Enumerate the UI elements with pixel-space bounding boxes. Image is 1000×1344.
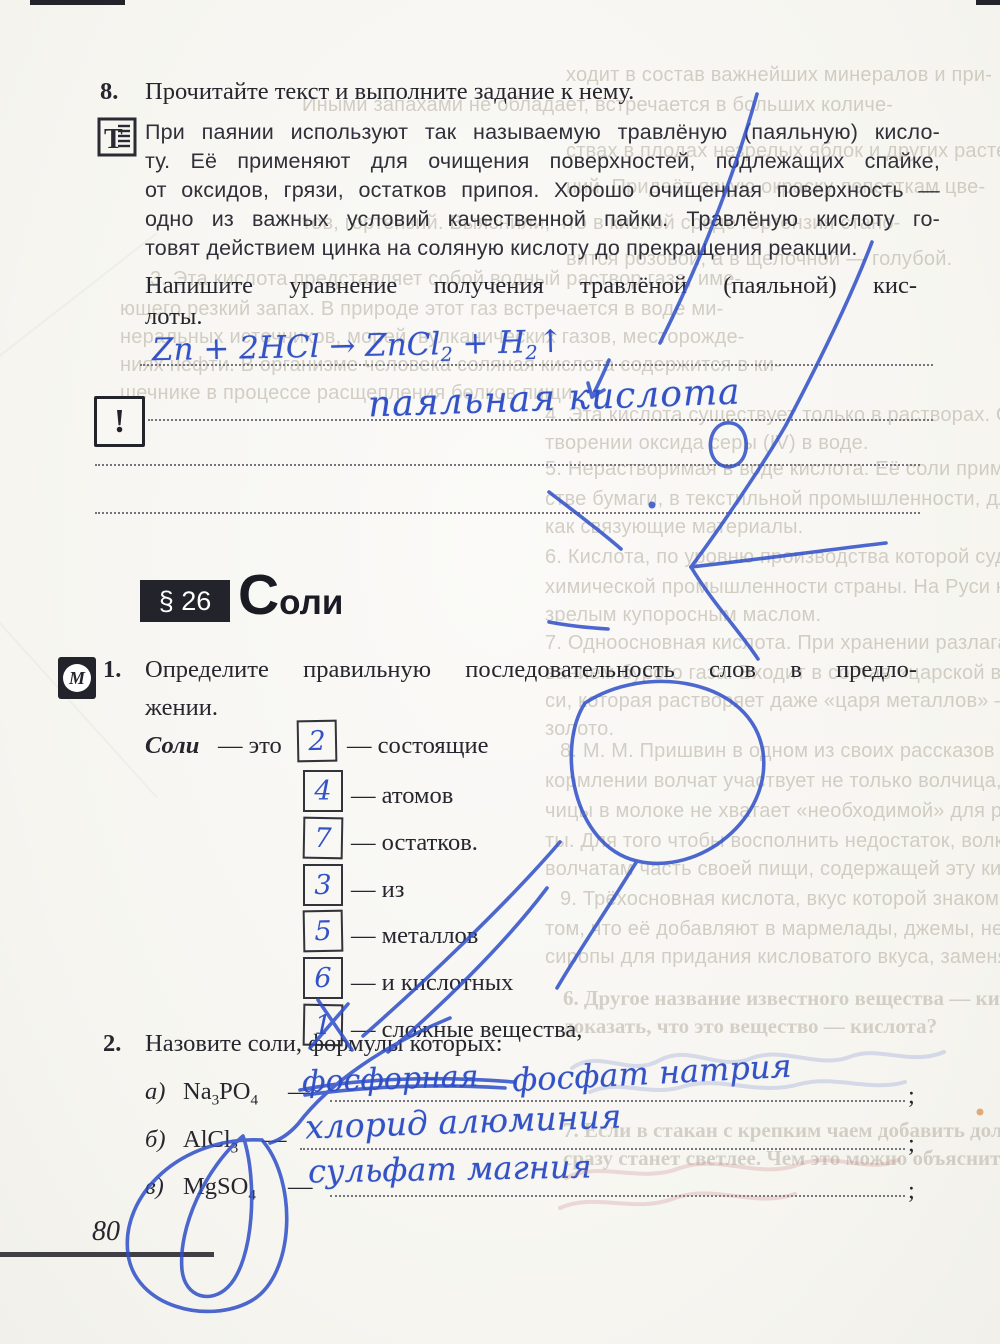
svg-text:Т: Т <box>104 124 123 155</box>
warning-glyph: ! <box>114 403 125 441</box>
chemical-formula: MgSO4 <box>183 1173 256 1204</box>
handwritten-digit: 2 <box>299 722 336 761</box>
page-number: 80 <box>92 1216 120 1248</box>
formula-row-punct: ; <box>908 1082 915 1110</box>
sequence-label: — атомов <box>351 782 453 810</box>
task8-prompt-line: Напишите уравнение получения травлёной (… <box>145 272 917 300</box>
bleedthrough-line: доказать, что это вещество — кислота? <box>563 1014 937 1039</box>
bleedthrough-line: 6. Другое название известного вещества —… <box>563 986 1000 1011</box>
task8-paragraph-line: При паянии используют так называемую тра… <box>145 120 940 145</box>
formula-row-letter: в) <box>145 1173 164 1201</box>
sequence-box: 2 <box>297 720 338 763</box>
bleedthrough-line: 8. М. М. Пришвин в одном из своих расска… <box>560 740 1000 763</box>
formula-row-punct: ; <box>908 1177 915 1205</box>
footer-rule <box>0 1252 214 1257</box>
task8-paragraph-line: от оксидов, грязи, остатков припоя. Хоро… <box>145 178 940 203</box>
method-badge: М <box>58 657 96 699</box>
bleedthrough-line: том, что её добавляют в мармелады, джемы… <box>545 918 1000 941</box>
sequence-box: 6 <box>303 957 343 999</box>
handwritten-digit: 3 <box>305 866 341 904</box>
task8-prompt-line: лоты. <box>145 303 202 331</box>
bleedthrough-line: творении оксида серы (IV) в воде. <box>545 432 869 455</box>
handwritten-digit: 6 <box>305 959 341 997</box>
answer-line <box>330 1195 905 1197</box>
section-title-initial: С <box>238 567 279 624</box>
warning-icon: ! <box>94 396 145 447</box>
bleedthrough-line: 7. Одноосновная кислота. При хранении ра… <box>545 632 1000 655</box>
bleedthrough-line: кормлении волчат участвует не только вол… <box>545 770 1000 793</box>
section-badge-label: § 26 <box>159 586 212 617</box>
bleedthrough-line: 9. Трёхосновная кислота, вкус которой зн… <box>560 888 1000 911</box>
formula-row-letter: а) <box>145 1078 165 1106</box>
sequence-box: 3 <box>303 864 343 906</box>
bleedthrough-line: 7. Если в стакан с крепким чаем добавить… <box>563 1118 1000 1143</box>
text-block-icon: Т <box>97 117 137 157</box>
formula-row-letter: б) <box>145 1126 165 1154</box>
scan-edge-top-left <box>30 0 125 5</box>
chemical-formula: AlCl3 <box>183 1126 238 1157</box>
task2-number: 2. <box>103 1030 121 1058</box>
sequence-box: 7 <box>303 817 344 860</box>
task8-paragraph-line: товят действием цинка на соляную кислоту… <box>145 236 940 261</box>
bleedthrough-line: химической промышленности страны. На Рус… <box>545 576 1000 599</box>
method-badge-letter: М <box>63 664 91 692</box>
bleedthrough-line: си, которая растворяет даже «царя металл… <box>545 690 1000 713</box>
task1-lead-word: Соли <box>145 732 199 760</box>
task8-paragraph-line: ту. Её применяют для очищения поверхност… <box>145 149 940 174</box>
paper-speck <box>977 1109 984 1116</box>
sequence-box: 4 <box>303 770 343 812</box>
sequence-box: 5 <box>303 910 344 953</box>
formula-row-punct: ; <box>908 1130 915 1158</box>
bleedthrough-line: сиропы для придания кисловатого вкуса, з… <box>545 946 1000 969</box>
bleedthrough-line: ющего резкий запах. В природе этот газ в… <box>120 298 724 321</box>
handwritten-digit: 5 <box>305 912 342 951</box>
sequence-label: — из <box>351 876 404 904</box>
task8-paragraph-line: одно из важных условий качественной пайк… <box>145 207 940 232</box>
bleedthrough-line: 6. Кислота, по уровню производства котор… <box>545 546 1000 569</box>
bleedthrough-line: волчатам часть своей пищи, содержащей эт… <box>545 858 1000 881</box>
bleedthrough-line: золото. <box>545 718 614 741</box>
chemical-formula: Na3PO4 <box>183 1078 258 1109</box>
answer-line <box>95 512 920 514</box>
bleedthrough-line: как связующие материалы. <box>545 516 803 539</box>
section-badge: § 26 <box>140 580 230 622</box>
section-title-rest: оли <box>279 585 343 620</box>
answer-line <box>95 464 920 466</box>
handwritten-digit: 4 <box>305 772 341 810</box>
task8-number: 8. <box>100 78 118 106</box>
task2-title: Назовите соли, формулы которых: <box>145 1030 503 1058</box>
bleedthrough-line: чицы в молоке не хватает «необходимой» д… <box>545 800 1000 823</box>
task1-lead-rest: — это <box>218 732 282 760</box>
bleedthrough-line: зрелым купоросным маслом. <box>545 604 821 627</box>
answer-line <box>300 1148 905 1150</box>
handwritten-digit: 7 <box>305 819 342 858</box>
task1-title-line: жении. <box>145 694 218 722</box>
bleedthrough-line: стве бумаги, в текстильной промышленност… <box>545 488 1000 511</box>
bleedthrough-line: 5. Нерастворимая в воде кислота. Её соли… <box>545 458 1000 481</box>
paper-crease <box>0 604 158 799</box>
workbook-page: ходит в состав важнейших минералов и при… <box>0 0 1000 1344</box>
section-title: Соли <box>238 567 343 624</box>
handwritten-answer-struck: фосфорная <box>301 1059 479 1100</box>
formula-row-dash: — <box>262 1126 287 1154</box>
scan-edge-top-right <box>976 0 1000 5</box>
handwritten-answer: фосфат натрия <box>511 1047 792 1100</box>
bleedthrough-line: ты. Для того чтобы восполнить недостаток… <box>545 830 1000 853</box>
task8-title: Прочитайте текст и выполните задание к н… <box>145 78 634 106</box>
sequence-label: — и кислотных <box>351 969 513 997</box>
task1-title-line: Определите правильную последовательность… <box>145 656 917 684</box>
sequence-label: — металлов <box>351 922 478 950</box>
task1-number: 1. <box>103 656 121 684</box>
sequence-label: — остатков. <box>351 829 478 857</box>
handwritten-answer: сульфат магния <box>308 1148 592 1191</box>
sequence-label: — состоящие <box>347 732 489 760</box>
